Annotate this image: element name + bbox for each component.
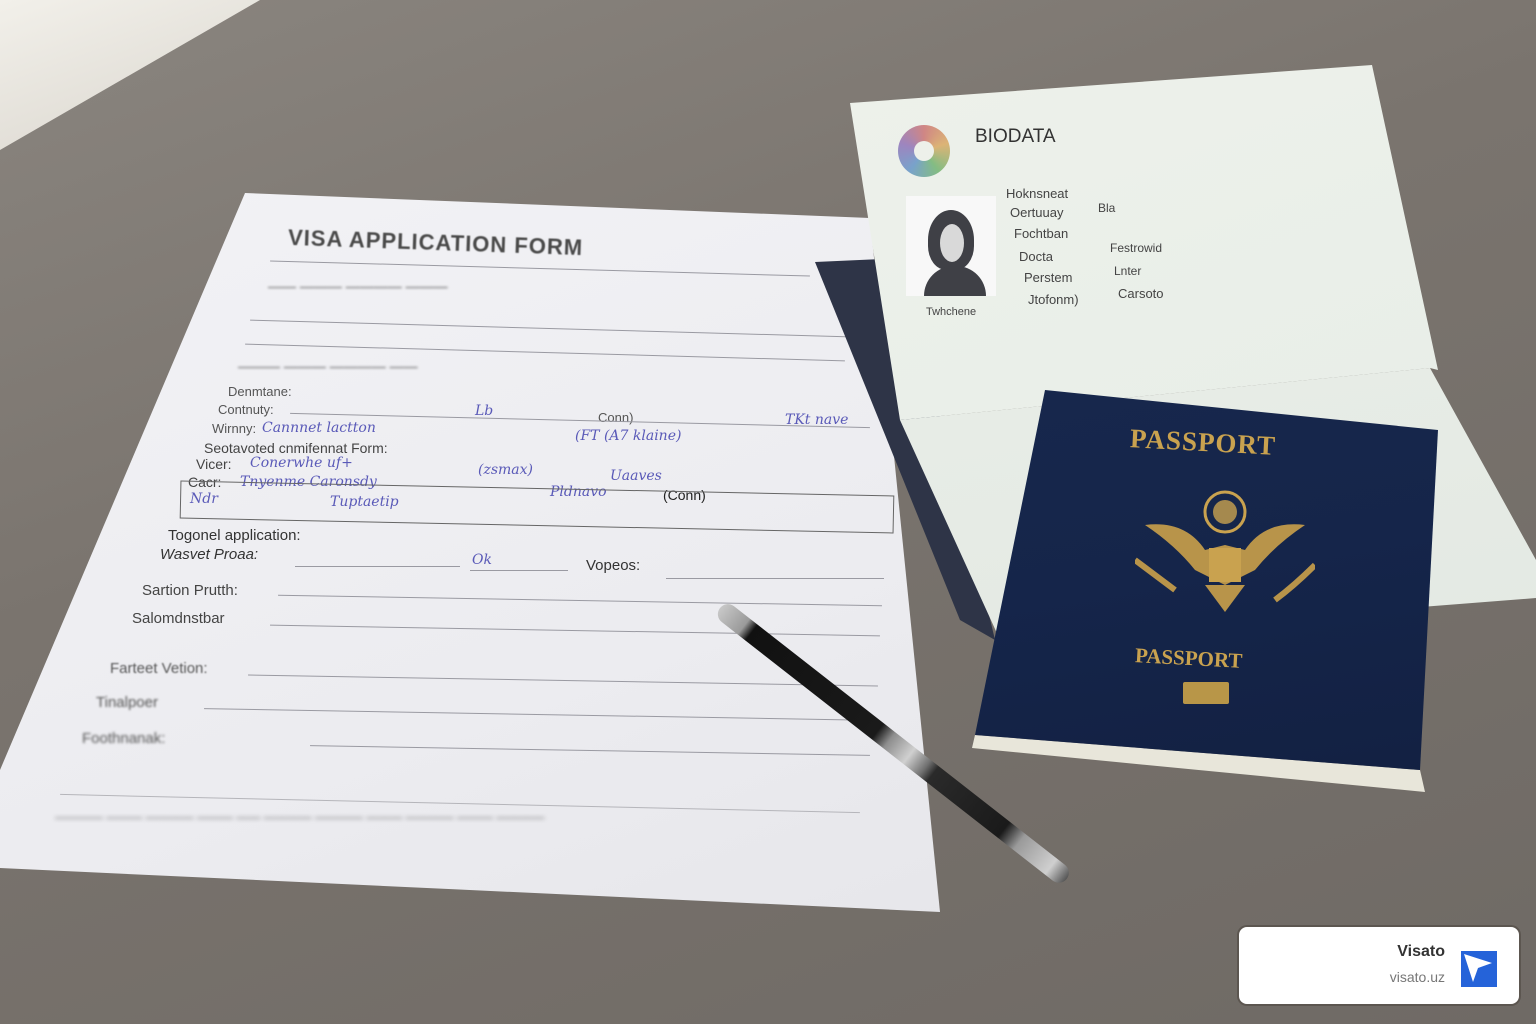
biodata-value: Festrowid (1110, 241, 1162, 255)
field-label: Vopeos: (586, 557, 640, 574)
section-label: Togonel application: (168, 527, 301, 544)
face-shape (940, 224, 964, 262)
handwritten-value: Uaaves (610, 468, 662, 484)
biodata-label: Hoknsneat (1006, 186, 1068, 201)
field-label: Farteet Vetion: (110, 660, 208, 677)
field-label: Vicer: (196, 456, 232, 472)
form-line (666, 578, 884, 579)
biodata-label: Docta (1019, 249, 1053, 264)
field-label: Foothnanak: (82, 730, 165, 747)
signature-label: Twhchene (926, 306, 976, 318)
biodata-value: Lnter (1114, 264, 1141, 278)
handwritten-value: Conerwhe uf+ (250, 455, 353, 471)
biodata-label: Perstem (1024, 270, 1072, 285)
field-label: Sartion Prutth: (142, 582, 238, 599)
field-label: Denmtane: (228, 384, 292, 399)
handwritten-value: (FT (A7 klaine) (575, 428, 681, 444)
eagle-seal-icon (1135, 490, 1315, 615)
field-label: Salomdnstbar (132, 610, 225, 627)
brand-name: Visato (1397, 943, 1445, 961)
field-label: Contnuty: (218, 402, 274, 417)
form-footer-text: ———— ——— ———— ——— —— ———— ———— ——— ———— … (55, 810, 544, 824)
cursor-arrow-logo-icon (1461, 951, 1497, 987)
form-line (470, 570, 568, 571)
handwritten-value: (zsmax) (478, 462, 533, 478)
handwritten-value: Ok (472, 552, 492, 568)
form-blurred-text: —— ——— ———— ——— (268, 278, 448, 294)
biodata-value: Carsoto (1118, 286, 1164, 301)
field-label: Seotavoted cnmifennat Form: (204, 440, 388, 456)
handwritten-value: Conn) (598, 410, 633, 425)
handwritten-value: Ndr (190, 491, 218, 507)
biodata-header: BIODATA (975, 126, 1056, 148)
field-label: Tinalpoer (96, 694, 158, 711)
biodata-label: Jtofonm) (1028, 292, 1079, 307)
field-label: Wasvet Proaa: (160, 546, 258, 563)
form-line (295, 566, 460, 567)
biodata-label: Fochtban (1014, 226, 1068, 241)
handwritten-value: Cannnet lactton (262, 420, 376, 436)
biodata-value: Bla (1098, 201, 1115, 215)
emblem-icon (898, 125, 950, 177)
brand-url[interactable]: visato.uz (1390, 969, 1445, 985)
field-label: Wirnny: (212, 421, 256, 436)
visato-badge[interactable]: Visato visato.uz (1239, 927, 1519, 1004)
handwritten-value: Tuptaetip (330, 494, 399, 510)
biodata-label: Oertuuay (1010, 205, 1063, 220)
wall-background (0, 0, 260, 150)
form-blurred-text: ——— ——— ———— —— (238, 358, 418, 374)
biometric-chip-icon (1183, 682, 1229, 704)
